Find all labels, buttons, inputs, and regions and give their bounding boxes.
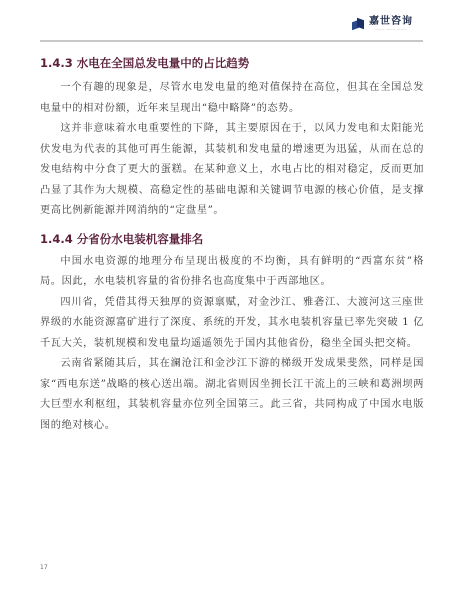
section-hydro-share-trend: 1.4.3 水电在全国总发电量中的占比趋势 一个有趣的现象是，尽管水电发电量的绝… xyxy=(40,52,424,222)
page-number: 17 xyxy=(40,564,48,571)
paragraph: 这并非意味着水电重要性的下降，其主要原因在于，以风力发电和太阳能光伏发电为代表的… xyxy=(40,119,424,222)
logo-subtitle: ——— ——— ——— xyxy=(375,27,407,31)
header-divider xyxy=(40,40,423,42)
paragraph: 中国水电资源的地理分布呈现出极度的不均衡，具有鲜明的“西富东贫”格局。因此，水电… xyxy=(40,252,424,293)
company-logo: 嘉世咨询 ——— ——— ——— xyxy=(352,16,413,31)
section-heading: 1.4.4 分省份水电装机容量排名 xyxy=(40,228,424,250)
logo-text: 嘉世咨询 xyxy=(369,16,413,27)
document-body: 1.4.3 水电在全国总发电量中的占比趋势 一个有趣的现象是，尽管水电发电量的绝… xyxy=(40,50,424,436)
paragraph: 四川省，凭借其得天独厚的资源禀赋，对金沙江、雅砻江、大渡河这三座世界级的水能资源… xyxy=(40,293,424,355)
page-header: 嘉世咨询 ——— ——— ——— xyxy=(40,14,423,42)
paragraph: 云南省紧随其后，其在澜沧江和金沙江下游的梯级开发成果斐然，同样是国家“西电东送”… xyxy=(40,354,424,436)
section-province-capacity-ranking: 1.4.4 分省份水电装机容量排名 中国水电资源的地理分布呈现出极度的不均衡，具… xyxy=(40,228,424,437)
paragraph: 一个有趣的现象是，尽管水电发电量的绝对值保持在高位，但其在全国总发电量中的相对份… xyxy=(40,78,424,119)
section-heading: 1.4.3 水电在全国总发电量中的占比趋势 xyxy=(40,52,424,74)
logo-cube-icon xyxy=(352,18,364,30)
